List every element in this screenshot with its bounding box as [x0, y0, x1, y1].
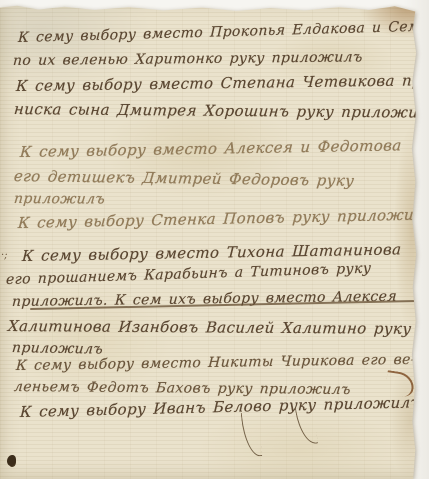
- manuscript-line: Халитинова Изанбовъ Василей Халитино рук…: [7, 317, 412, 338]
- manuscript-line: приложилъ: [13, 191, 106, 207]
- manuscript-line: ниска сына Дмитрея Хорошинъ руку приложи…: [13, 100, 429, 122]
- manuscript-line: К сему выбору Стенка Поповъ руку приложи…: [17, 205, 429, 232]
- manuscript-scan: К сему выбору вместо Прокопья Елдакова и…: [0, 0, 429, 479]
- manuscript-line: приложилъ: [11, 340, 104, 358]
- ink-blot: [7, 455, 16, 466]
- margin-dots: ·;: [1, 250, 8, 261]
- curl-pen-mark: [384, 370, 415, 398]
- manuscript-line: леньемъ Федотъ Баховъ руку приложилъ: [13, 379, 351, 398]
- manuscript-line: К сему выбору вместо Алексея и Федотова: [19, 136, 402, 161]
- manuscript-line: его прошаниемъ Карабьинъ а Титиновъ руку: [6, 261, 372, 289]
- descender-flourish: [241, 411, 263, 458]
- manuscript-line: по их веленью Харитонко руку приложилъ: [13, 49, 364, 69]
- manuscript-page: К сему выбору вместо Прокопья Елдакова и…: [0, 0, 429, 479]
- manuscript-line: его детишекъ Дмитрей Федоровъ руку: [13, 167, 355, 190]
- manuscript-line: К сему выбору вместо Степана Четвикова п…: [15, 71, 429, 95]
- manuscript-line: К сему выбору Иванъ Белово руку приложил…: [20, 393, 422, 421]
- paper-shadow: К сему выбору вместо Прокопья Елдакова и…: [0, 0, 429, 479]
- manuscript-line: К сему выбору вместо Прокопья Елдакова и…: [18, 18, 429, 46]
